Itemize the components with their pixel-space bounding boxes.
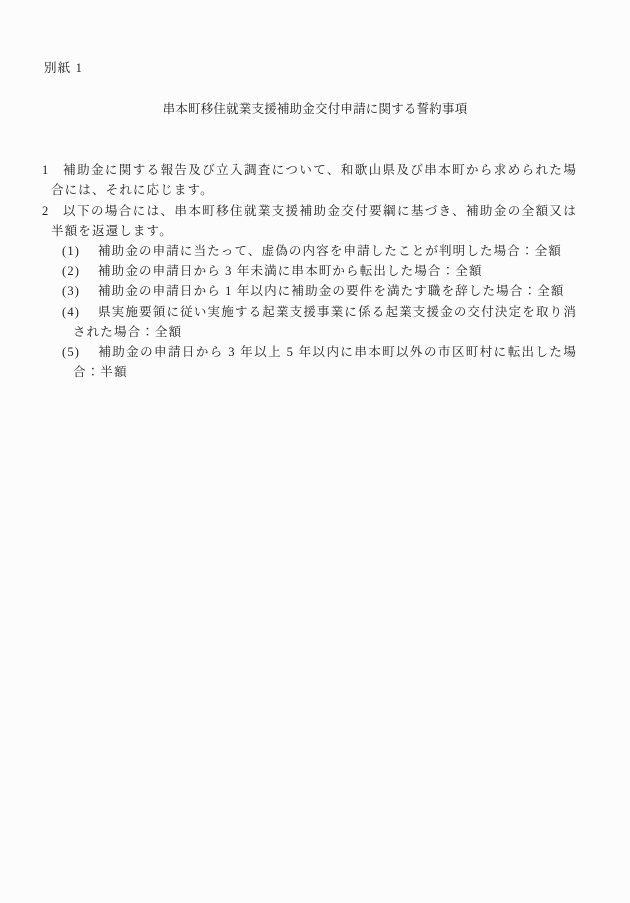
clause-text: 補助金に関する報告及び立入調査について、和歌山県及び串本町から求められた場合には… (51, 163, 577, 197)
subclause-item-5: (5)補助金の申請日から 3 年以上 5 年以内に串本町以外の市区町村に転出した… (62, 342, 577, 382)
attachment-label: 別紙 1 (44, 58, 630, 78)
subclause-item-4: (4)県実施要領に従い実施する起業支援事業に係る起業支援金の交付決定を取り消され… (62, 302, 577, 342)
clause-list: 1補助金に関する報告及び立入調査について、和歌山県及び串本町から求められた場合に… (42, 160, 577, 382)
subclause-number: (4) (62, 302, 80, 322)
subclause-item-1: (1)補助金の申請に当たって、虚偽の内容を申請したことが判明した場合：全額 (62, 241, 577, 261)
subclause-text: 補助金の申請日から 3 年未満に串本町から転出した場合：全額 (98, 264, 483, 278)
subclause-number: (3) (62, 281, 80, 301)
clause-number: 2 (42, 201, 49, 221)
clause-text: 以下の場合には、串本町移住就業支援補助金交付要綱に基づき、補助金の全額又は半額を… (51, 204, 577, 238)
subclause-item-2: (2)補助金の申請日から 3 年未満に串本町から転出した場合：全額 (62, 261, 577, 281)
subclause-number: (2) (62, 261, 80, 281)
subclause-number: (1) (62, 241, 80, 261)
subclause-text: 補助金の申請に当たって、虚偽の内容を申請したことが判明した場合：全額 (98, 244, 562, 258)
subclause-number: (5) (62, 342, 80, 362)
subclause-item-3: (3)補助金の申請日から 1 年以内に補助金の要件を満たす職を辞した場合：全額 (62, 281, 577, 301)
document-title: 串本町移住就業支援補助金交付申請に関する誓約事項 (0, 99, 630, 119)
clause-item-2: 2以下の場合には、串本町移住就業支援補助金交付要綱に基づき、補助金の全額又は半額… (42, 201, 577, 241)
subclause-text: 補助金の申請日から 3 年以上 5 年以内に串本町以外の市区町村に転出した場合：… (73, 345, 577, 379)
clause-number: 1 (42, 160, 49, 180)
subclause-text: 県実施要領に従い実施する起業支援事業に係る起業支援金の交付決定を取り消された場合… (73, 305, 577, 339)
document-page: 別紙 1 串本町移住就業支援補助金交付申請に関する誓約事項 1補助金に関する報告… (0, 0, 630, 903)
clause-item-1: 1補助金に関する報告及び立入調査について、和歌山県及び串本町から求められた場合に… (42, 160, 577, 200)
subclause-text: 補助金の申請日から 1 年以内に補助金の要件を満たす職を辞した場合：全額 (98, 284, 564, 298)
